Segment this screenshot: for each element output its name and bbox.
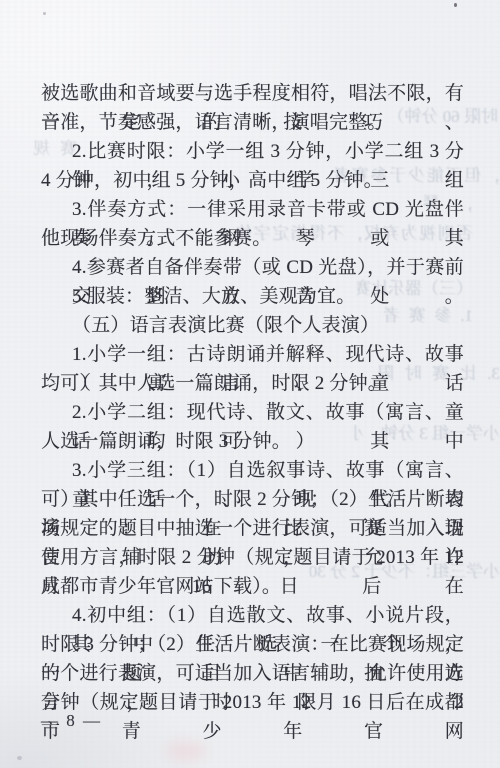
text-line: 4.参赛者自备伴奏带（或 CD 光盘），并于赛前交到放音处。: [41, 253, 464, 282]
scan-speck: [43, 12, 46, 15]
scan-speck: [454, 3, 457, 7]
text-line: 使用方言，时限 2 分钟（规定题目请于 2013 年 12 月 16 日后在: [41, 543, 464, 572]
text-line: 场规定的题目中抽选一个进行表演，可适当加入语言辅助，允许: [41, 514, 464, 543]
text-line: 3.伴奏方式：一律采用录音卡带或 CD 光盘伴奏。钢琴或其: [41, 195, 464, 224]
text-line: 分钟（规定题目请于 2013 年 12 月 16 日后在成都市青少年官网: [41, 688, 464, 717]
text-line: 一个进行表演，可适当加入语言辅助，允许使用方言，时限 2: [41, 659, 464, 688]
text-line: 时限 3 分钟；（2）生活片断表演：在比赛现场规定的题目中抽选: [41, 630, 464, 659]
text-line: 3.小学三组：（1）自选叙事诗、故事（寓言、童话、现代均: [41, 456, 464, 485]
document-page: 时限 60 分钟）赛规，但不能少于参赛者，琴否则视为弃权，不得指定字体，（三）器…: [0, 0, 500, 768]
text-line: 4.初中组：（1）自选散文、故事、小说片段，其中任选一个，: [41, 601, 464, 630]
scan-smudge: [165, 740, 207, 762]
text-line: 2.小学二组：现代诗、散文、故事（寓言、童话均可）其中: [41, 398, 464, 427]
text-line: 被选歌曲和音域要与选手程度相符，唱法不限，有一定的技巧、: [41, 79, 464, 108]
text-line: 可）其中任选一个，时限 2 分钟；（2）生活片断表演：在比赛现: [41, 485, 464, 514]
text-layer: 被选歌曲和音域要与选手程度相符，唱法不限，有一定的技巧、音准，节奏感强，语言清晰…: [41, 79, 464, 717]
text-line: （五）语言表演比赛（限个人表演）: [41, 311, 464, 340]
page-number: — 8 —: [41, 711, 102, 731]
scan-speck: [17, 756, 22, 760]
text-line: 2.比赛时限：小学一组 3 分钟，小学二组 3 分钟，小学三组: [41, 137, 464, 166]
text-line: 1.小学一组：古诗朗诵并解释、现代诗、故事（寓言、童话: [41, 340, 464, 369]
